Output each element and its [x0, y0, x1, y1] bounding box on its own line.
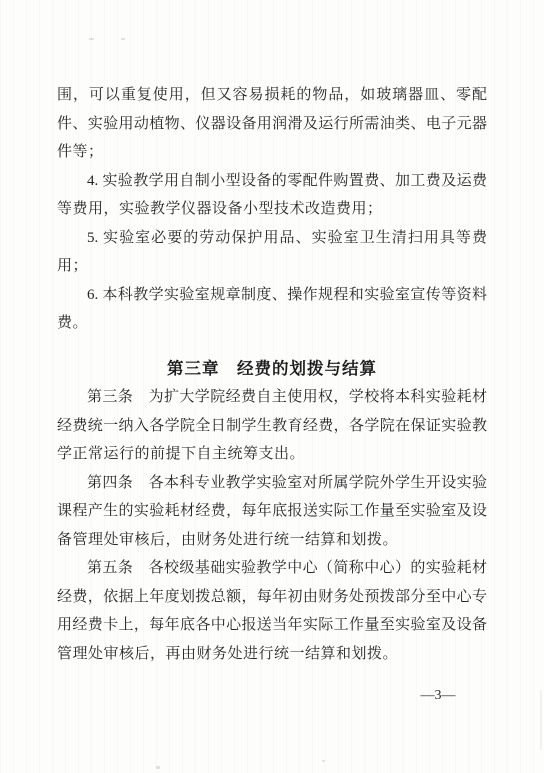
text-line: 用经费卡上，每年底各中心报送当年实际工作量至实验室及设备	[57, 611, 487, 640]
scan-smudge	[156, 766, 160, 769]
text-line: 第三条 为扩大学院经费自主使用权，学校将本科实验耗材	[57, 383, 487, 412]
text-line: 第五条 各校级基础实验教学中心（简称中心）的实验耗材	[57, 554, 487, 583]
page-number: —3—	[398, 688, 478, 704]
text-line: 用；	[57, 252, 487, 281]
document-body: 围，可以重复使用，但又容易损耗的物品，如玻璃器皿、零配件、实验用动植物、仪器设备…	[57, 81, 487, 668]
scan-smudge	[322, 760, 325, 762]
text-line: 6. 本科教学实验室规章制度、操作规程和实验室宣传等资料	[57, 281, 487, 310]
text-line: 课程产生的实验耗材经费，每年底报送实际工作量至实验室及设	[57, 497, 487, 526]
chapter-heading: 第三章 经费的划拨与结算	[57, 355, 487, 384]
text-line: 等费用，实验教学仪器设备小型技术改造费用；	[57, 195, 487, 224]
text-line: 备管理处审核后，由财务处进行统一结算和划拨。	[57, 526, 487, 555]
scan-smudge	[89, 38, 94, 40]
text-line: 管理处审核后，再由财务处进行统一结算和划拨。	[57, 640, 487, 669]
text-line: 费。	[57, 309, 487, 338]
text-line: 经费，依据上年度划拨总额，每年初由财务处预拨部分至中心专	[57, 583, 487, 612]
text-line: 5. 实验室必要的劳动保护用品、实验室卫生清扫用具等费	[57, 224, 487, 253]
text-line: 经费统一纳入各学院全日制学生教育经费，各学院在保证实验教	[57, 412, 487, 441]
text-line: 第四条 各本科专业教学实验室对所属学院外学生开设实验	[57, 469, 487, 498]
text-line: 围，可以重复使用，但又容易损耗的物品，如玻璃器皿、零配	[57, 81, 487, 110]
scanned-document-page: 围，可以重复使用，但又容易损耗的物品，如玻璃器皿、零配件、实验用动植物、仪器设备…	[0, 0, 544, 773]
scan-edge-artifact	[540, 690, 542, 750]
text-line: 件等；	[57, 138, 487, 167]
text-line: 件、实验用动植物、仪器设备用润滑及运行所需油类、电子元器	[57, 110, 487, 139]
scan-smudge	[121, 38, 125, 40]
text-line: 学正常运行的前提下自主统筹支出。	[57, 440, 487, 469]
text-line: 4. 实验教学用自制小型设备的零配件购置费、加工费及运费	[57, 167, 487, 196]
